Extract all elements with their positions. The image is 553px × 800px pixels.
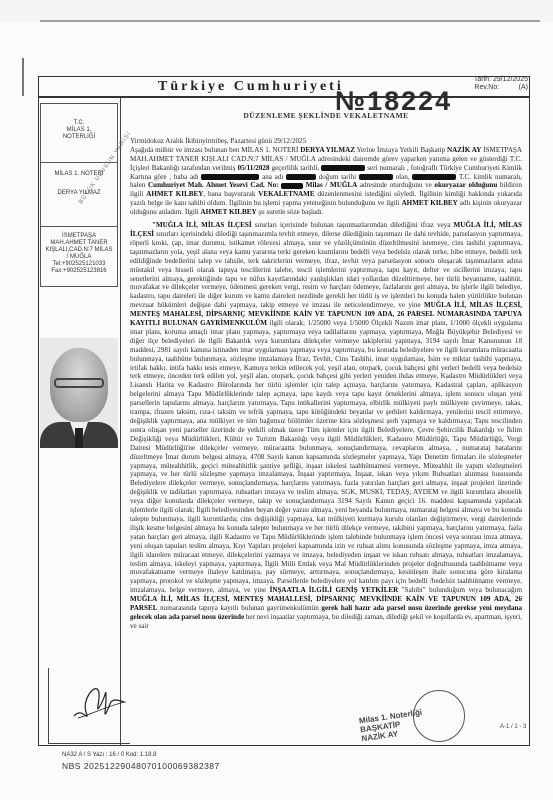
date-label: Tarih: 29/12/2025 (474, 76, 528, 84)
document-body: DÜZENLEME ŞEKLİNDE VEKALETNAME Yirmidoku… (130, 112, 522, 635)
text: "Sahibi" bulunduğum veya bulunacağım (398, 586, 522, 594)
clerk-name-bold: NAZİK AY (447, 146, 481, 154)
text: sınırları içerisinde bulunan taşınmazlar… (252, 221, 454, 229)
principal-name-bold: AHMET KILBEY (146, 190, 203, 198)
office-line: T.C. (41, 120, 117, 127)
notary-name: DERYA YILMAZ (41, 190, 117, 197)
margin-mark (22, 58, 24, 96)
location-bold: "MUĞLA İLİ, MİLAS İLÇESİ (152, 221, 252, 229)
redacted-door-number (281, 183, 303, 189)
id-validity-date: 05/11/2028 (238, 164, 270, 172)
page-code: A-1 / 1 - 3 (500, 724, 526, 730)
photo-tie (75, 428, 83, 448)
text: Aşağıda mühür ve imzası bulunan ben MİLA… (130, 146, 300, 154)
address-line: / MUĞLA (41, 254, 117, 261)
redacted-birth-date (359, 174, 393, 180)
date-line: Yirmidokuz Aralık İkibinyirmibeş, Pazart… (130, 137, 306, 145)
redacted-father-name (201, 174, 259, 180)
text: sınırları içerisindeki dilediği taşınmaz… (130, 230, 522, 309)
principal-name-bold: AHMET KILBEY (402, 199, 458, 207)
column-divider (120, 98, 121, 746)
statement-paragraph: "MUĞLA İLİ, MİLAS İLÇESİ sınırları içeri… (130, 221, 522, 631)
text: numarasında tapuya kayıtlı bulunan gayri… (157, 604, 321, 612)
signature-icon (72, 676, 126, 728)
revision-label: Rev.No: (474, 84, 499, 91)
page-edge-shadow (40, 20, 540, 22)
phone-line: Tel:+902525121033 (41, 261, 117, 268)
nbs-number: NBS 20251229048070100069382387 (62, 761, 220, 771)
revision-value: (A) (519, 84, 528, 91)
address-bold: Cumhuriyet Mah. Ahmet Yesevi Cad. No: (148, 181, 278, 189)
literate-bold: okuryazar olduğunu (434, 181, 497, 189)
text: Yerine İmzaya Yetkili Başkatip (355, 146, 447, 154)
photo-glasses (54, 378, 104, 388)
address-line: İSMETPAŞA (41, 233, 117, 240)
text: adresinde oturduğunu ve (357, 181, 434, 189)
text: ilgili olarak; 1/25000 veya 1/5000 Ölçek… (130, 319, 522, 594)
poa-bold: VEKALETNAME (258, 190, 314, 198)
text: doğum tarihi (316, 173, 359, 181)
notary-name-bold: DERYA YILMAZ (300, 146, 355, 154)
address-line: KIŞLALI,CAD.N:7 MİLAS (41, 247, 117, 254)
notary-address-box: İSMETPAŞA MAH.AHMET TANER KIŞLALI,CAD.N:… (40, 227, 118, 287)
address-line: MAH.AHMET TANER (41, 240, 117, 247)
form-code: NA32 A / S Yazı : 16 / 0 Kod: 1.18.8 (62, 752, 220, 758)
date-box: Tarih: 29/12/2025 Rev.No: (A) (474, 76, 528, 92)
text: ana adı (259, 173, 286, 181)
principal-photo (40, 338, 118, 448)
document-header: Türkiye Cumhuriyeti Tarih: 29/12/2025 Re… (38, 76, 530, 98)
notary-name-box: MİLAS 1. NOTERİ DERYA YILMAZ (40, 163, 118, 227)
intro-paragraph: Yirmidokuz Aralık İkibinyirmibeş, Pazart… (130, 137, 522, 217)
header-title: Türkiye Cumhuriyeti (158, 79, 344, 95)
redacted-mother-name (286, 174, 316, 180)
document-footer: NA32 A / S Yazı : 16 / 0 Kod: 1.18.8 NBS… (62, 752, 220, 771)
text: , bana başvurarak (203, 190, 258, 198)
office-line: NOTERLİĞİ (41, 134, 117, 141)
redacted-serial (321, 165, 365, 171)
notary-sidebar: T.C. MİLAS 1. NOTERLİĞİ MİLAS 1. NOTERİ … (40, 103, 118, 287)
fax-line: Fax:+902525123816 (41, 268, 117, 275)
construction-powers-bold: İNŞAATLA İLGİLİ GENİŞ YETKİLER (270, 586, 399, 594)
redacted-id-number (412, 174, 456, 180)
principal-name-bold: AHMET KILBEY (201, 208, 257, 216)
notary-office-box: T.C. MİLAS 1. NOTERLİĞİ (40, 103, 118, 163)
text: olan, (393, 173, 412, 181)
text: geçerlilik tarihli, (270, 164, 322, 172)
office-line: MİLAS 1. (41, 127, 117, 134)
text: şu suretle söze başladı. (257, 208, 324, 216)
city-bold: Milas / MUĞLA (306, 181, 357, 189)
document-title: DÜZENLEME ŞEKLİNDE VEKALETNAME (130, 112, 522, 121)
